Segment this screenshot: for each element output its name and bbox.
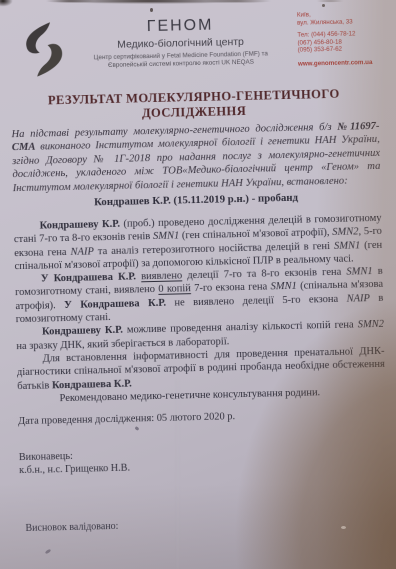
text-segment: NAIP <box>346 293 370 305</box>
text-segment: Кондрашеву К.Р. <box>40 219 121 232</box>
text-segment: У Кондрашева К.Р. <box>64 298 166 311</box>
text-segment: SMN1 <box>334 240 360 252</box>
text-segment: У Кондрашева К.Р. <box>41 272 136 285</box>
text-segment: SMN1 <box>153 231 179 243</box>
intro-paragraph: На підставі результату молекулярно-генет… <box>11 120 380 195</box>
text-segment: виконаного Інститутом молекулярної біоло… <box>12 134 380 194</box>
executor-name: к.б.н., н.с. Грищенко Н.В. <box>19 462 130 477</box>
clinic-contact-block: Київ, вул. Жилянська, 33 Тел: (044) 456-… <box>297 10 388 69</box>
paragraph-findings: У Кондрашева К.Р. виявлено делеції 7-го … <box>15 265 384 327</box>
document-photo: ГЕНОМ Медико-біологічний центр Центр сер… <box>0 0 396 569</box>
paragraph-study: Кондрашеву К.Р. (проб.) проведено дослід… <box>13 212 382 274</box>
text-segment: 0 копій <box>158 284 191 296</box>
clinic-certification: Центр сертифікований у Fetal Medicine Fo… <box>79 50 283 70</box>
text-segment: SMN1 <box>346 266 372 278</box>
contact-website: www.genomcentr.com.ua <box>298 59 388 69</box>
document-title: РЕЗУЛЬТАТ МОЛЕКУЛЯРНО-ГЕНЕТИЧНОГО ДОСЛІД… <box>0 86 392 125</box>
text-segment: (ген спінальної м'язової атрофії), <box>179 227 332 241</box>
text-segment: NAIP <box>70 246 94 258</box>
text-segment: SMN1 <box>270 281 296 293</box>
document-page: ГЕНОМ Медико-біологічний центр Центр сер… <box>0 0 396 569</box>
clinic-subtitle: Медико-біологічний центр <box>78 35 282 52</box>
text-segment: виявлено <box>141 271 182 283</box>
text-segment: SMN2 <box>332 227 358 239</box>
clinic-name: ГЕНОМ <box>78 15 282 38</box>
text-segment: не виявлено делеції 5-го екзона <box>166 293 347 308</box>
genom-logo-icon <box>20 20 69 79</box>
text-segment: Кондрашева К.Р. <box>52 378 132 391</box>
clinic-header: ГЕНОМ Медико-біологічний центр Центр сер… <box>78 15 283 70</box>
executor-block: Виконавець: к.б.н., н.с. Грищенко Н.В. <box>19 450 130 478</box>
result-body: Кондрашеву К.Р. (проб.) проведено дослід… <box>13 212 385 406</box>
validated-label: Висновок валідовано: <box>25 521 118 534</box>
study-date-line: Дата проведення дослідження: 05 лютого 2… <box>18 411 235 427</box>
text-segment: 7-го екзона гена <box>191 282 271 295</box>
text-segment: Кондрашеву К.Р. <box>42 325 123 338</box>
text-segment: SMN2 <box>358 319 384 331</box>
